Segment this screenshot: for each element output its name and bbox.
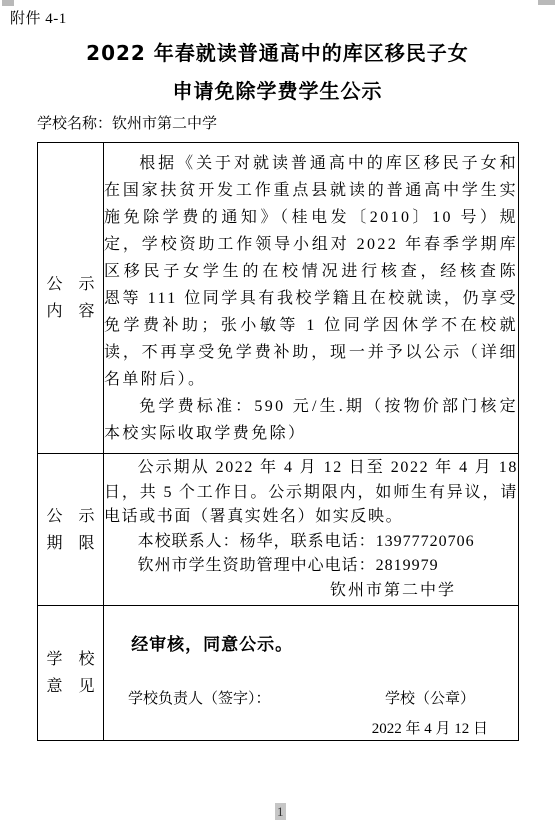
approval-statement: 经审核，同意公示。 [104, 630, 518, 655]
notice-content-label-line1: 公 示 [38, 271, 103, 298]
school-opinion-label-line2: 意 见 [38, 673, 103, 700]
school-opinion-cell: 经审核，同意公示。 学校负责人（签字）： 学校（公章） 2022 年 4 月 1… [104, 606, 519, 741]
school-name-value: 钦州市第二中学 [112, 116, 217, 132]
table-row-notice-content: 公 示 内 容 根据《关于对就读普通高中的库区移民子女和在国家扶贫开发工作重点县… [38, 143, 519, 454]
document-title-line2: 申请免除学费学生公示 [0, 72, 555, 110]
school-name-line: 学校名称：钦州市第二中学 [37, 112, 217, 133]
document-title-line1: 2022 年春就读普通高中的库区移民子女 [0, 34, 555, 72]
notice-period-paragraph: 公示期从 2022 年 4 月 12 日至 2022 年 4 月 18 日，共 … [104, 456, 518, 530]
opinion-date: 2022 年 4 月 12 日 [104, 717, 518, 738]
document-title: 2022 年春就读普通高中的库区移民子女 申请免除学费学生公示 [0, 34, 555, 110]
school-opinion-label-line1: 学 校 [38, 646, 103, 673]
notice-content-label-line2: 内 容 [38, 298, 103, 325]
notice-period-label-line2: 期 限 [38, 530, 103, 557]
notice-content-paragraph-1: 根据《关于对就读普通高中的库区移民子女和在国家扶贫开发工作重点县就读的普通高中学… [104, 150, 518, 393]
school-opinion-label-cell: 学 校 意 见 [38, 606, 104, 741]
notice-period-label-cell: 公 示 期 限 [38, 454, 104, 606]
school-contact-line: 本校联系人：杨华，联系电话：13977720706 [104, 530, 518, 555]
notice-period-label-line1: 公 示 [38, 503, 103, 530]
aid-center-phone-line: 钦州市学生资助管理中心电话：2819979 [104, 554, 518, 579]
school-name-label: 学校名称： [37, 116, 112, 132]
school-signature-line: 钦州市第二中学 [104, 579, 518, 604]
scan-artifact-top-left [2, 0, 14, 6]
notice-content-cell: 根据《关于对就读普通高中的库区移民子女和在国家扶贫开发工作重点县就读的普通高中学… [104, 143, 519, 454]
table-row-school-opinion: 学 校 意 见 经审核，同意公示。 学校负责人（签字）： 学校（公章） 2022… [38, 606, 519, 741]
attachment-label: 附件 4-1 [10, 7, 67, 28]
notice-period-cell: 公示期从 2022 年 4 月 12 日至 2022 年 4 月 18 日，共 … [104, 454, 519, 606]
document-page: 附件 4-1 2022 年春就读普通高中的库区移民子女 申请免除学费学生公示 学… [0, 0, 555, 834]
seal-label: 学校（公章） [385, 687, 475, 708]
signature-row: 学校负责人（签字）： 学校（公章） [104, 687, 518, 708]
page-number: 1 [275, 803, 286, 820]
notice-content-label-cell: 公 示 内 容 [38, 143, 104, 454]
signer-label: 学校负责人（签字）： [128, 687, 271, 708]
notice-content-paragraph-2: 免学费标准：590 元/生.期（按物价部门核定本校实际收取学费免除） [104, 393, 518, 447]
table-row-notice-period: 公 示 期 限 公示期从 2022 年 4 月 12 日至 2022 年 4 月… [38, 454, 519, 606]
scan-artifact-top-right [538, 0, 555, 5]
notice-table: 公 示 内 容 根据《关于对就读普通高中的库区移民子女和在国家扶贫开发工作重点县… [37, 142, 519, 741]
